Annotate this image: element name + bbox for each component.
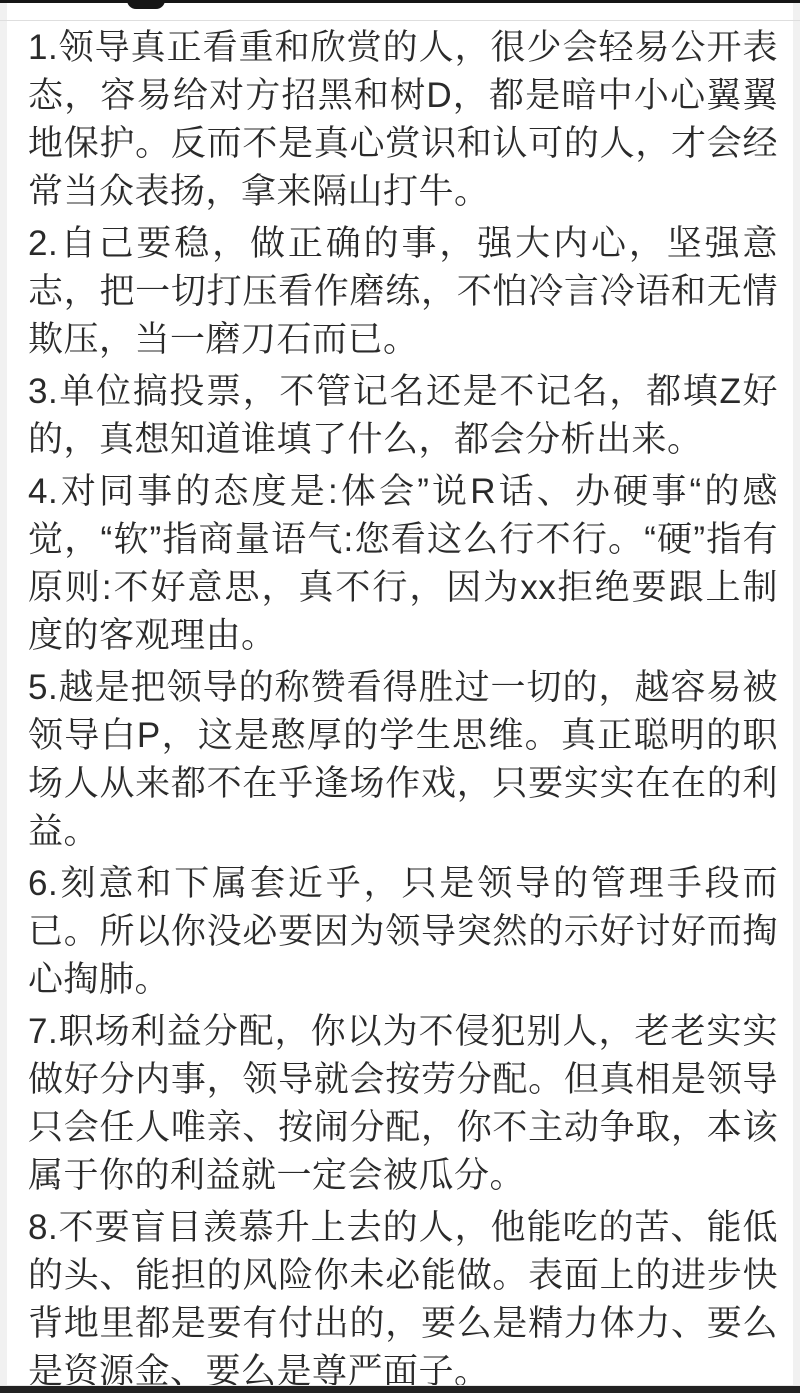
screenshot-page: 1.领导真正看重和欣赏的人，很少会轻易公开表态，容易给对方招黑和树D，都是暗中小…: [0, 0, 800, 1393]
text-item-2: 2.自己要稳，做正确的事，强大内心，坚强意志，把一切打压看作磨练，不怕冷言冷语和…: [28, 220, 778, 364]
text-item-5: 5.越是把领导的称赞看得胜过一切的，越容易被领导白P，这是憨厚的学生思维。真正聪…: [28, 664, 778, 856]
text-content: 1.领导真正看重和欣赏的人，很少会轻易公开表态，容易给对方招黑和树D，都是暗中小…: [0, 21, 800, 1393]
text-item-3: 3.单位搞投票，不管记名还是不记名，都填Z好的，真想知道谁填了什么，都会分析出来…: [28, 368, 778, 464]
text-item-8: 8.不要盲目羡慕升上去的人，他能吃的苦、能低的头、能担的风险你未必能做。表面上的…: [28, 1204, 778, 1393]
text-item-6: 6.刻意和下属套近乎，只是领导的管理手段而已。所以你没必要因为领导突然的示好讨好…: [28, 860, 778, 1004]
bottom-edge-bar: [0, 1386, 800, 1393]
text-item-4: 4.对同事的态度是:体会”说R话、办硬事“的感觉，“软”指商量语气:您看这么行不…: [28, 468, 778, 660]
text-item-1: 1.领导真正看重和欣赏的人，很少会轻易公开表态，容易给对方招黑和树D，都是暗中小…: [28, 24, 778, 216]
text-item-7: 7.职场利益分配，你以为不侵犯别人，老老实实做好分内事，领导就会按劳分配。但真相…: [28, 1008, 778, 1200]
top-edge-bar: [0, 0, 800, 3]
camera-notch: [127, 0, 165, 9]
